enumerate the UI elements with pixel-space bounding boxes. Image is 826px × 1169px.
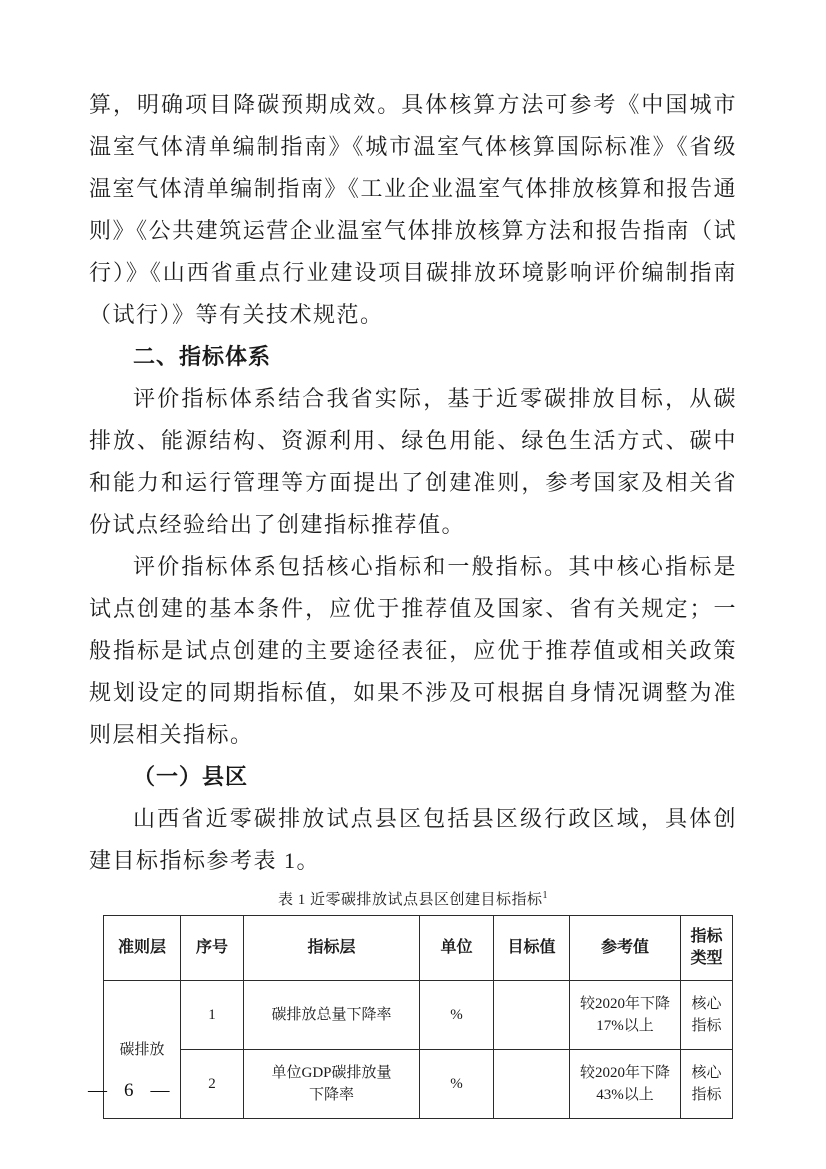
- cell-target: [494, 1050, 570, 1119]
- col-header-type: 指标类型: [681, 916, 733, 981]
- table-row: 碳排放 1 碳排放总量下降率 % 较2020年下降17%以上 核心指标: [104, 981, 733, 1050]
- cell-type: 核心指标: [681, 981, 733, 1050]
- col-header-seq: 序号: [181, 916, 244, 981]
- footer-dash-right: —: [151, 1080, 170, 1102]
- col-header-target: 目标值: [494, 916, 570, 981]
- cell-type: 核心指标: [681, 1050, 733, 1119]
- cell-reference: 较2020年下降43%以上: [570, 1050, 681, 1119]
- col-header-indicator: 指标层: [244, 916, 420, 981]
- cell-unit: %: [420, 1050, 494, 1119]
- indicator-table: 准则层 序号 指标层 单位 目标值 参考值 指标类型 碳排放 1 碳排放总量下降…: [103, 915, 733, 1119]
- table-row: 2 单位GDP碳排放量下降率 % 较2020年下降43%以上 核心指标: [104, 1050, 733, 1119]
- cell-seq: 1: [181, 981, 244, 1050]
- table-header-row: 准则层 序号 指标层 单位 目标值 参考值 指标类型: [104, 916, 733, 981]
- section-heading-indicator-system: 二、指标体系: [89, 336, 737, 378]
- cell-reference: 较2020年下降17%以上: [570, 981, 681, 1050]
- paragraph-core-general-indicators: 评价指标体系包括核心指标和一般指标。其中核心指标是试点创建的基本条件，应优于推荐…: [89, 546, 737, 756]
- cell-unit: %: [420, 981, 494, 1050]
- col-header-criterion: 准则层: [104, 916, 181, 981]
- page-number-footer: — 6 —: [88, 1080, 170, 1102]
- footer-dash-left: —: [88, 1080, 107, 1102]
- col-header-unit: 单位: [420, 916, 494, 981]
- table-caption: 表 1 近零碳排放试点县区创建目标指标1: [89, 884, 737, 912]
- page-number: 6: [124, 1080, 134, 1102]
- col-header-reference: 参考值: [570, 916, 681, 981]
- paragraph-technical-standards: 算，明确项目降碳预期成效。具体核算方法可参考《中国城市温室气体清单编制指南》《城…: [89, 84, 737, 336]
- paragraph-indicator-overview: 评价指标体系结合我省实际，基于近零碳排放目标，从碳排放、能源结构、资源利用、绿色…: [89, 378, 737, 546]
- cell-indicator: 碳排放总量下降率: [244, 981, 420, 1050]
- table-caption-text: 表 1 近零碳排放试点县区创建目标指标: [278, 892, 543, 908]
- subsection-heading-county: （一）县区: [89, 756, 737, 798]
- cell-seq: 2: [181, 1050, 244, 1119]
- text-block: 算，明确项目降碳预期成效。具体核算方法可参考《中国城市温室气体清单编制指南》《城…: [89, 84, 737, 1119]
- paragraph-county-scope: 山西省近零碳排放试点县区包括县区级行政区域，具体创建目标指标参考表 1。: [89, 798, 737, 882]
- document-page: 算，明确项目降碳预期成效。具体核算方法可参考《中国城市温室气体清单编制指南》《城…: [0, 0, 826, 1169]
- cell-indicator: 单位GDP碳排放量下降率: [244, 1050, 420, 1119]
- table-caption-footnote-marker: 1: [543, 890, 549, 901]
- cell-target: [494, 981, 570, 1050]
